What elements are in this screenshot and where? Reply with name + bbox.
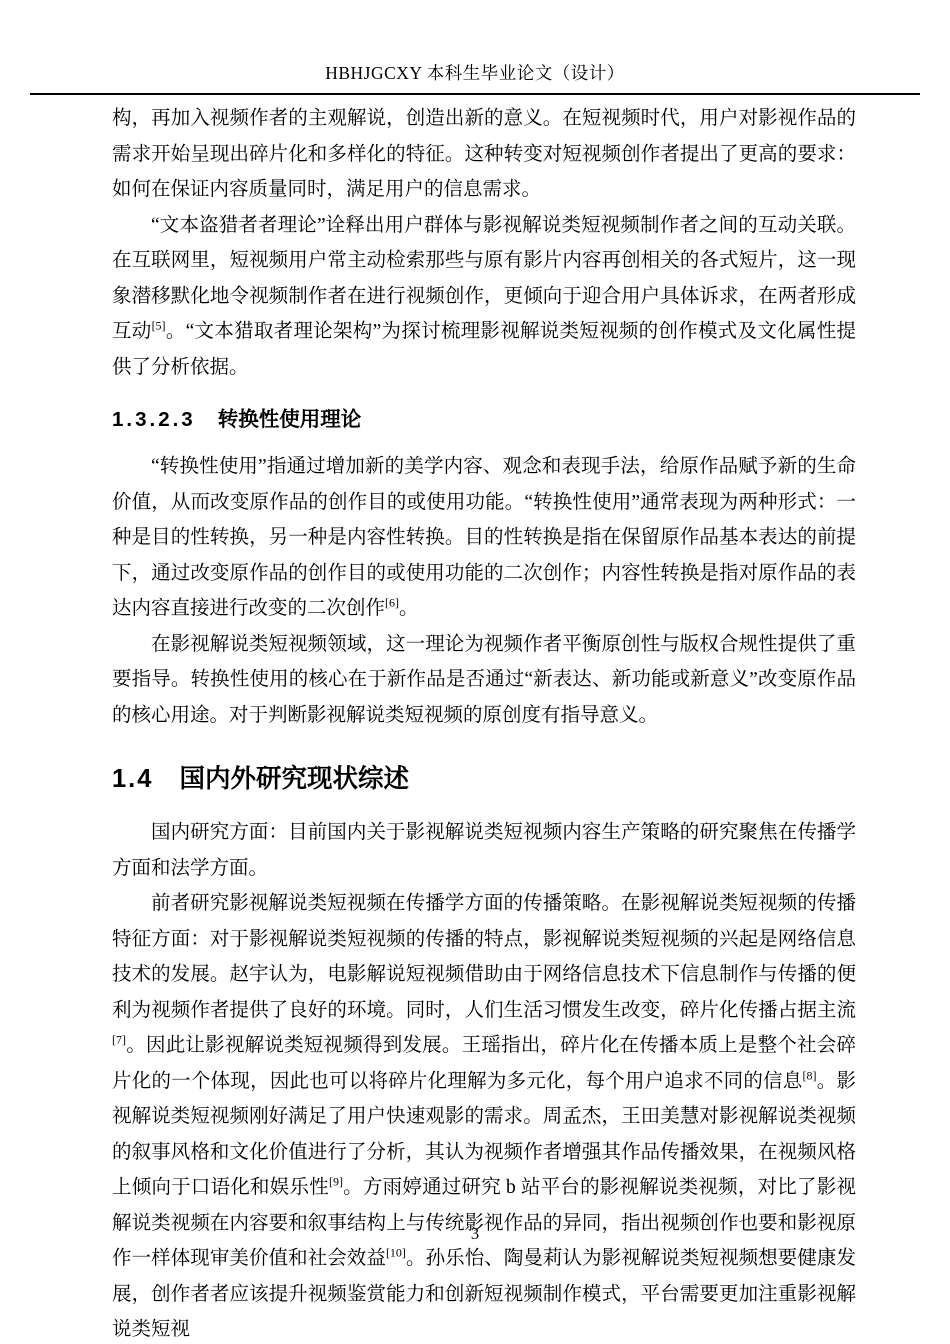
- heading-number: 1.4: [112, 765, 153, 793]
- footnote-ref: [7]: [112, 1033, 126, 1047]
- paragraph: “转换性使用”指通过增加新的美学内容、观念和表现手法，给原作品赋予新的生命价值，…: [112, 449, 856, 627]
- paragraph-text: 。因此让影视解说类短视频得到发展。王瑶指出，碎片化在传播本质上是整个社会碎片化的…: [112, 1035, 856, 1092]
- heading-title: 国内外研究现状综述: [179, 765, 409, 793]
- page-footer: 3: [0, 1224, 950, 1244]
- header-title: HBHJGCXY 本科生毕业论文（设计）: [325, 60, 625, 93]
- paragraph: 在影视解说类短视频领域，这一理论为视频作者平衡原创性与版权合规性提供了重要指导。…: [112, 627, 856, 734]
- footnote-ref: [6]: [385, 596, 399, 610]
- footnote-ref: [9]: [329, 1175, 343, 1189]
- paragraph-text: 前者研究影视解说类短视频在传播学方面的传播策略。在影视解说类短视频的传播特征方面…: [112, 893, 856, 1021]
- paragraph: 前者研究影视解说类短视频在传播学方面的传播策略。在影视解说类短视频的传播特征方面…: [112, 886, 856, 1344]
- paragraph: 国内研究方面：目前国内关于影视解说类短视频内容生产策略的研究聚焦在传播学方面和法…: [112, 815, 856, 886]
- paragraph-text: 国内研究方面：目前国内关于影视解说类短视频内容生产策略的研究聚焦在传播学方面和法…: [112, 822, 856, 879]
- footnote-ref: [8]: [803, 1068, 817, 1082]
- paragraph-text: 在影视解说类短视频领域，这一理论为视频作者平衡原创性与版权合规性提供了重要指导。…: [112, 634, 856, 726]
- section-heading-1-4: 1.4国内外研究现状综述: [112, 761, 856, 797]
- heading-number: 1.3.2.3: [112, 408, 196, 431]
- paragraph: “文本盗猎者者理论”诠释出用户群体与影视解说类短视频制作者之间的互动关联。在互联…: [112, 208, 856, 386]
- paragraph-text: 构，再加入视频作者的主观解说，创造出新的意义。在短视频时代，用户对影视作品的需求…: [112, 108, 856, 200]
- paragraph-text: 。“文本猎取者理论架构”为探讨梳理影视解说类短视频的创作模式及文化属性提供了分析…: [112, 321, 856, 378]
- section-heading-1-3-2-3: 1.3.2.3转换性使用理论: [112, 406, 856, 434]
- document-body: 构，再加入视频作者的主观解说，创造出新的意义。在短视频时代，用户对影视作品的需求…: [112, 101, 856, 1344]
- paragraph-text: “转换性使用”指通过增加新的美学内容、观念和表现手法，给原作品赋予新的生命价值，…: [112, 456, 856, 619]
- heading-title: 转换性使用理论: [218, 408, 362, 431]
- paragraph-text: 。: [399, 598, 419, 619]
- page-number: 3: [471, 1224, 479, 1243]
- header-rule: [30, 93, 920, 95]
- page-header: HBHJGCXY 本科生毕业论文（设计）: [30, 60, 920, 93]
- footnote-ref: [5]: [152, 319, 166, 333]
- paragraph-continuation: 构，再加入视频作者的主观解说，创造出新的意义。在短视频时代，用户对影视作品的需求…: [112, 101, 856, 208]
- footnote-ref: [10]: [386, 1246, 406, 1260]
- document-page: HBHJGCXY 本科生毕业论文（设计） 构，再加入视频作者的主观解说，创造出新…: [0, 0, 950, 1344]
